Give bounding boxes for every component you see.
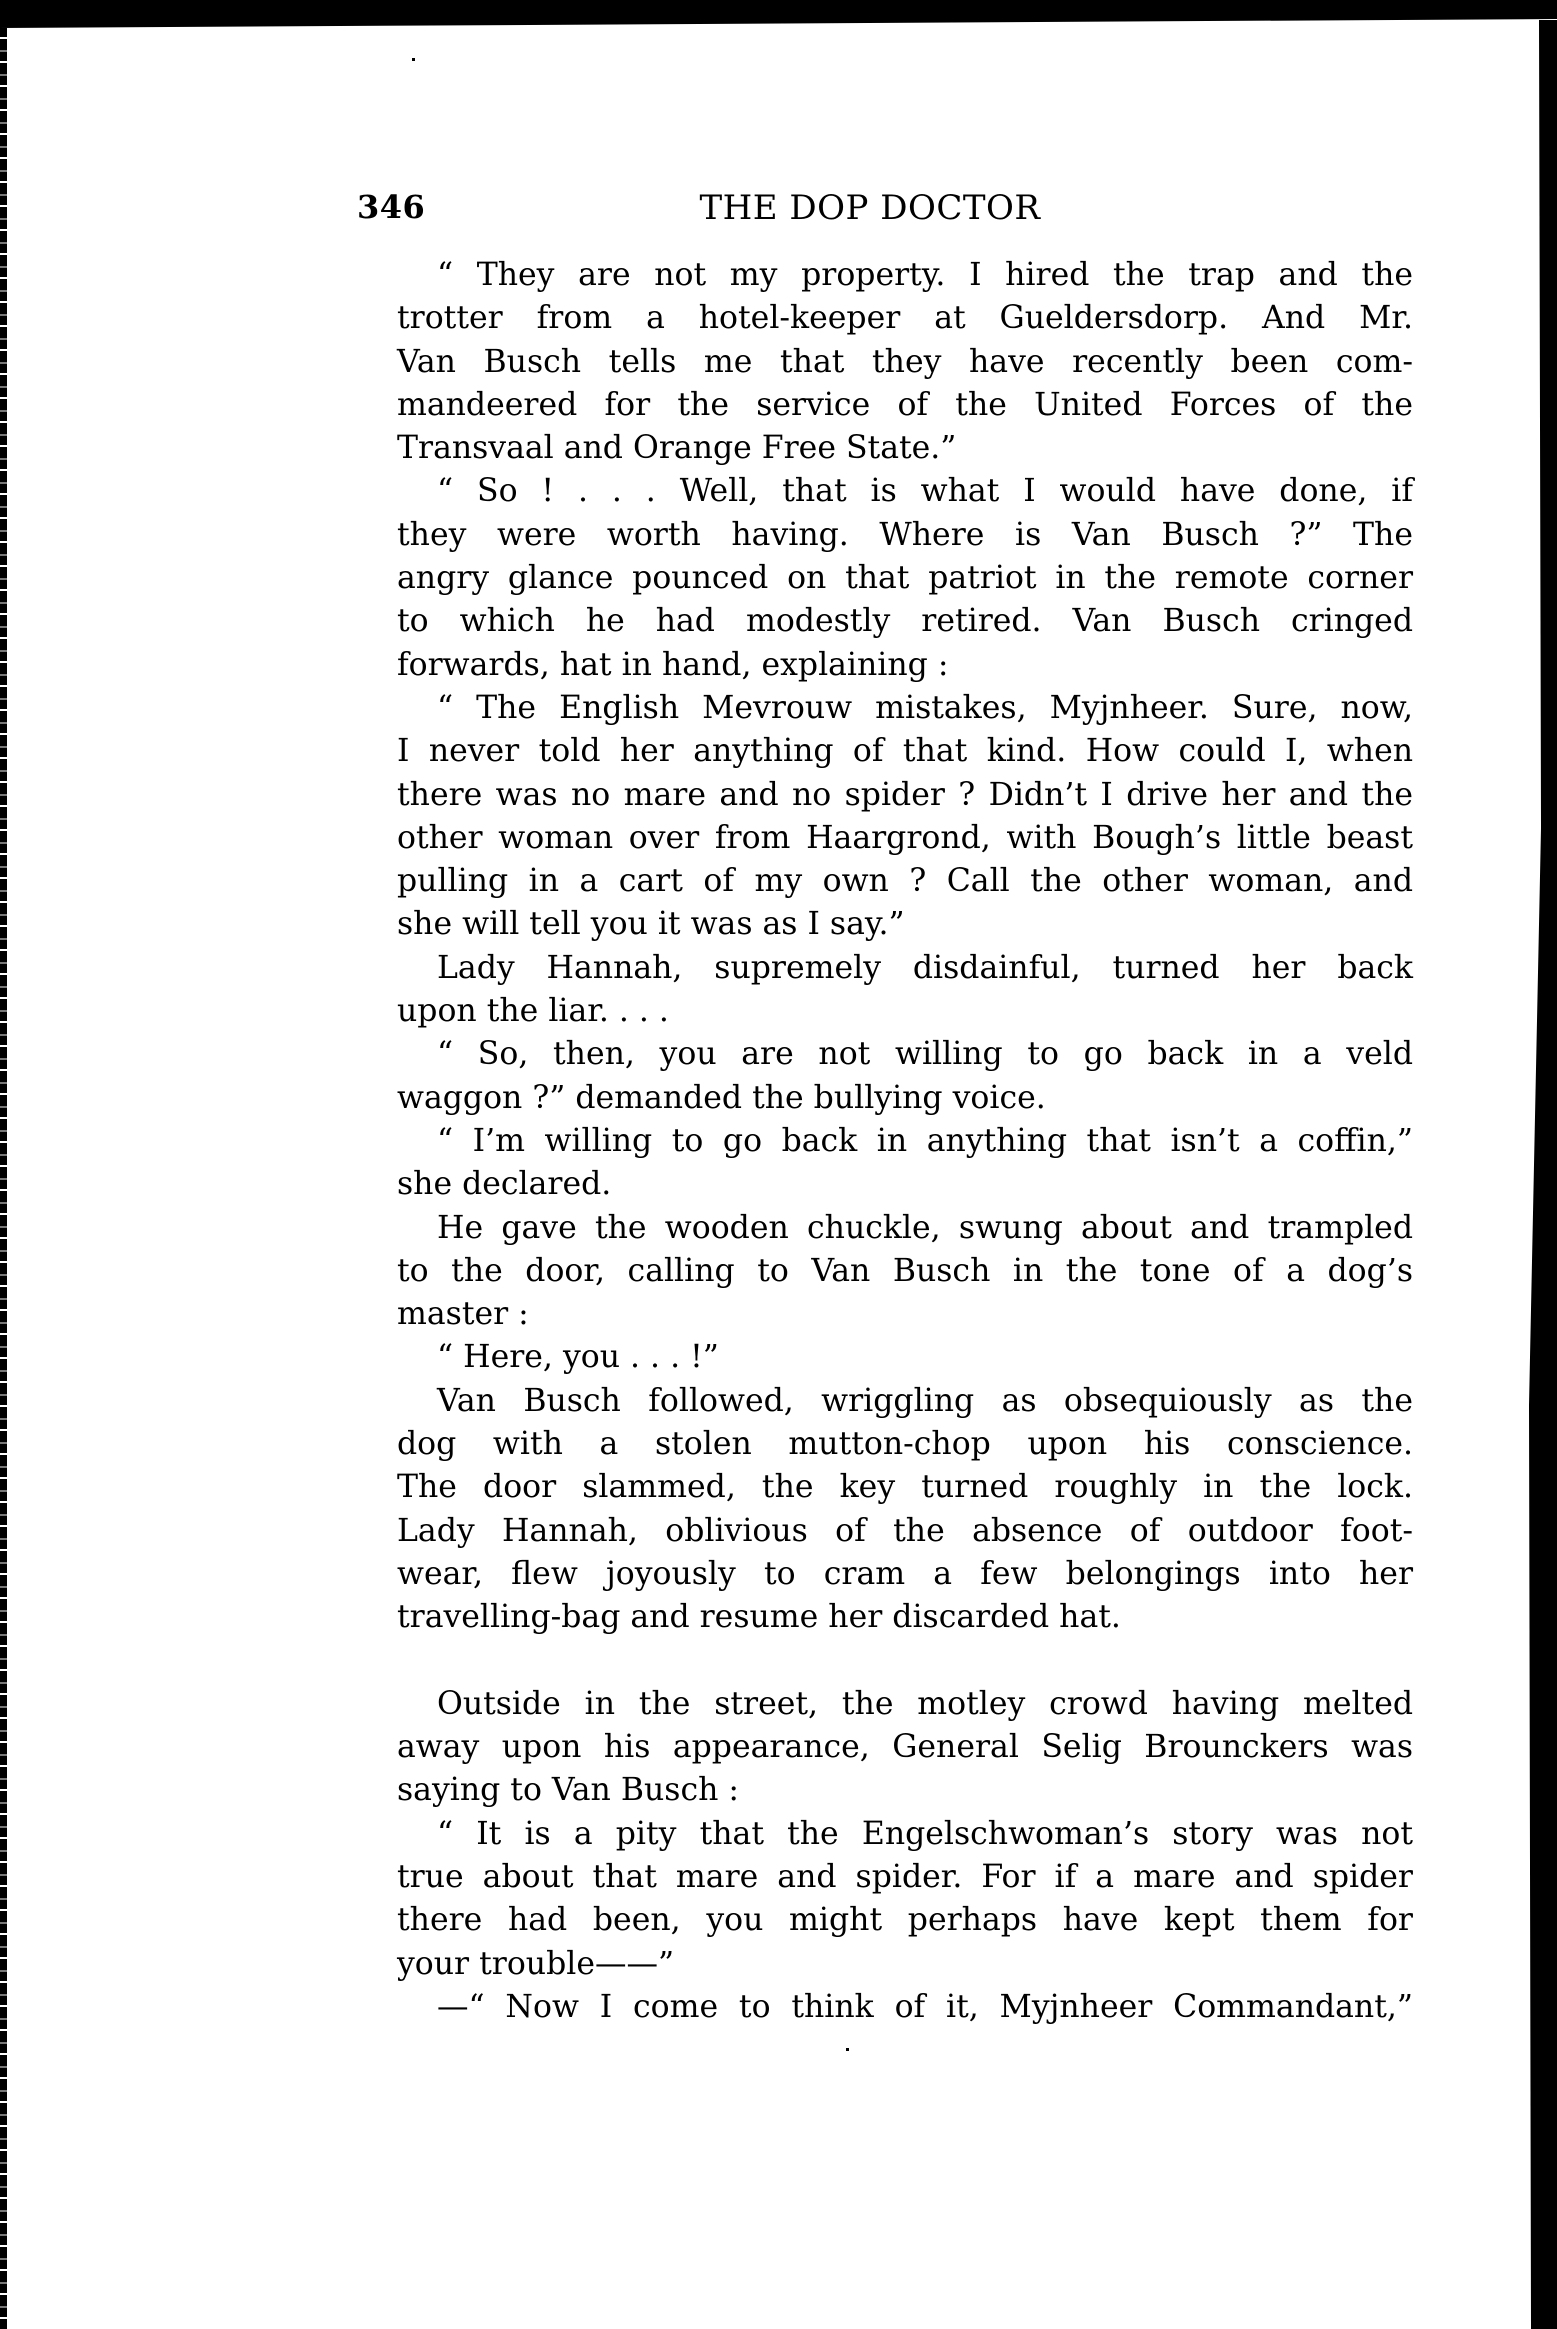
paragraph: “ I’m willing to go back in anything tha… bbox=[357, 1120, 1413, 1207]
text-line: to the door, calling to Van Busch in the… bbox=[357, 1250, 1413, 1293]
text-line: “ The English Mevrouw mistakes, Myjnheer… bbox=[357, 687, 1413, 730]
text-line: away upon his appearance, General Selig … bbox=[357, 1726, 1413, 1769]
paragraph: “ The English Mevrouw mistakes, Myjnheer… bbox=[357, 687, 1413, 947]
text-line: “ So ! . . . Well, that is what I would … bbox=[357, 470, 1413, 513]
text-line: He gave the wooden chuckle, swung about … bbox=[357, 1207, 1413, 1250]
text-line: travelling-bag and resume her discarded … bbox=[357, 1596, 1413, 1639]
running-head: 346 THE DOP DOCTOR bbox=[357, 188, 1413, 238]
text-line: other woman over from Haargrond, with Bo… bbox=[357, 817, 1413, 860]
text-line: there had been, you might perhaps have k… bbox=[357, 1899, 1413, 1942]
text-line: master : bbox=[357, 1293, 1413, 1336]
paragraph: “ So ! . . . Well, that is what I would … bbox=[357, 470, 1413, 686]
text-line: Lady Hannah, oblivious of the absence of… bbox=[357, 1510, 1413, 1553]
paragraph: He gave the wooden chuckle, swung about … bbox=[357, 1207, 1413, 1337]
text-line: forwards, hat in hand, explaining : bbox=[357, 644, 1413, 687]
text-line: waggon ?” demanded the bullying voice. bbox=[357, 1077, 1413, 1120]
section-break bbox=[357, 1640, 1413, 1683]
text-line: pulling in a cart of my own ? Call the o… bbox=[357, 860, 1413, 903]
text-line: saying to Van Busch : bbox=[357, 1769, 1413, 1812]
text-line: I never told her anything of that kind. … bbox=[357, 730, 1413, 773]
paragraph: Lady Hannah, supremely disdainful, turne… bbox=[357, 947, 1413, 1034]
text-line: “ I’m willing to go back in anything tha… bbox=[357, 1120, 1413, 1163]
text-line: mandeered for the service of the United … bbox=[357, 384, 1413, 427]
paragraph: —“ Now I come to think of it, Myjnheer C… bbox=[357, 1986, 1413, 2029]
paragraph: “ It is a pity that the Engelschwoman’s … bbox=[357, 1813, 1413, 1986]
text-line: dog with a stolen mutton-chop upon his c… bbox=[357, 1423, 1413, 1466]
paragraph: “ So, then, you are not willing to go ba… bbox=[357, 1033, 1413, 1120]
text-line: wear, flew joyously to cram a few belong… bbox=[357, 1553, 1413, 1596]
scan-border-top bbox=[0, 0, 1557, 28]
text-line: angry glance pounced on that patriot in … bbox=[357, 557, 1413, 600]
text-line: “ It is a pity that the Engelschwoman’s … bbox=[357, 1813, 1413, 1856]
text-line: Van Busch tells me that they have recent… bbox=[357, 341, 1413, 384]
scan-speck bbox=[412, 58, 415, 61]
scan-border-right bbox=[1517, 20, 1557, 2329]
text-line: they were worth having. Where is Van Bus… bbox=[357, 514, 1413, 557]
text-line: upon the liar. . . . bbox=[357, 990, 1413, 1033]
paragraph: Outside in the street, the motley crowd … bbox=[357, 1683, 1413, 1813]
book-page: 346 THE DOP DOCTOR “ They are not my pro… bbox=[357, 188, 1413, 2029]
body-text: “ They are not my property. I hired the … bbox=[357, 254, 1413, 2029]
text-line: “ So, then, you are not willing to go ba… bbox=[357, 1033, 1413, 1076]
text-line: to which he had modestly retired. Van Bu… bbox=[357, 600, 1413, 643]
book-title: THE DOP DOCTOR bbox=[357, 188, 1413, 228]
scan-speck bbox=[846, 2048, 849, 2051]
text-line: “ Here, you . . . !” bbox=[357, 1336, 1413, 1379]
text-line: The door slammed, the key turned roughly… bbox=[357, 1466, 1413, 1509]
paragraph: “ Here, you . . . !” bbox=[357, 1336, 1413, 1379]
text-line: trotter from a hotel-keeper at Gueldersd… bbox=[357, 297, 1413, 340]
paragraph: Van Busch followed, wriggling as obsequi… bbox=[357, 1380, 1413, 1640]
text-line: she will tell you it was as I say.” bbox=[357, 903, 1413, 946]
text-line: true about that mare and spider. For if … bbox=[357, 1856, 1413, 1899]
text-line: —“ Now I come to think of it, Myjnheer C… bbox=[357, 1986, 1413, 2029]
paragraph: “ They are not my property. I hired the … bbox=[357, 254, 1413, 470]
text-line: Transvaal and Orange Free State.” bbox=[357, 427, 1413, 470]
text-line: she declared. bbox=[357, 1163, 1413, 1206]
text-line: Lady Hannah, supremely disdainful, turne… bbox=[357, 947, 1413, 990]
text-line: Outside in the street, the motley crowd … bbox=[357, 1683, 1413, 1726]
text-line: Van Busch followed, wriggling as obsequi… bbox=[357, 1380, 1413, 1423]
text-line: “ They are not my property. I hired the … bbox=[357, 254, 1413, 297]
text-line: there was no mare and no spider ? Didn’t… bbox=[357, 774, 1413, 817]
text-line: your trouble——” bbox=[357, 1943, 1413, 1986]
scan-border-left bbox=[0, 28, 7, 2329]
